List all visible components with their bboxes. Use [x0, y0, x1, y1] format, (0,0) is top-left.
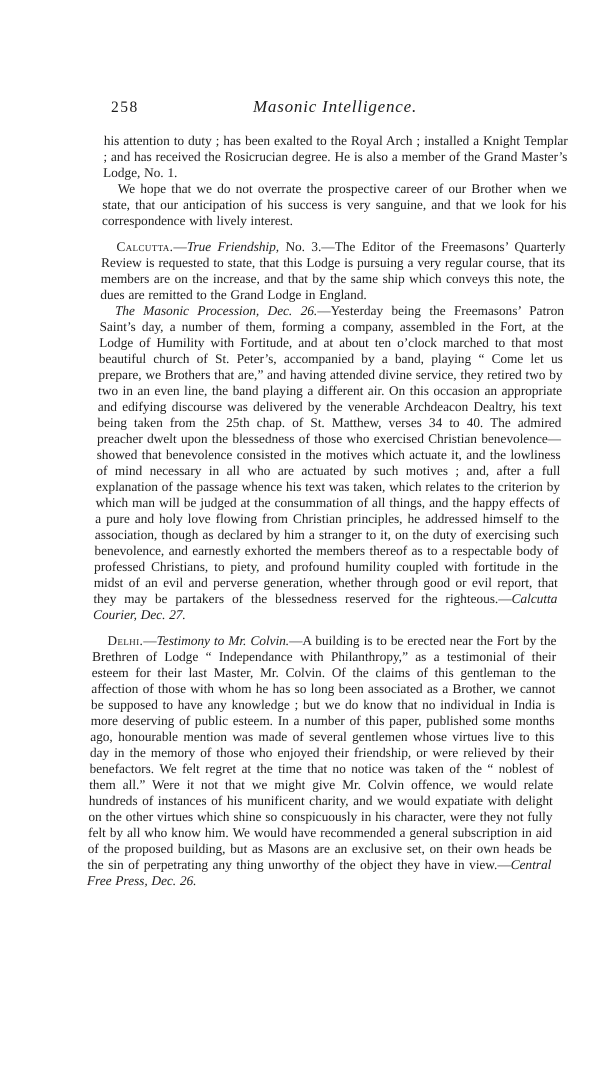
text-segment: Testimony to Mr. Colvin.: [156, 633, 289, 648]
scanned-book-page: 258 Masonic Intelligence. his attention …: [0, 0, 600, 1069]
paragraph: Calcutta.—True Friendship, No. 3.—The Ed…: [100, 239, 565, 303]
paragraph: Delhi.—Testimony to Mr. Colvin.—A buildi…: [87, 633, 557, 889]
paragraph: We hope that we do not overrate the pros…: [102, 181, 567, 229]
text-segment: —A building is to be erected near the Fo…: [87, 633, 556, 872]
text-segment: True Friendship,: [187, 239, 280, 254]
text-segment: We hope that we do not overrate the pros…: [102, 181, 567, 228]
text-segment: —: [143, 633, 157, 648]
text-segment: Delhi.: [107, 633, 143, 648]
text-segment: Calcutta.: [116, 239, 173, 254]
text-segment: —Yesterday being the Freemasons’ Patron …: [93, 303, 564, 606]
article-body: his attention to duty ; has been exalted…: [87, 133, 568, 889]
running-title: Masonic Intelligence.: [253, 97, 417, 117]
page-header: 258 Masonic Intelligence.: [0, 97, 600, 123]
text-segment: —: [173, 239, 187, 254]
text-segment: The Masonic Procession, Dec. 26.: [115, 303, 318, 318]
paragraph: his attention to duty ; has been exalted…: [103, 133, 568, 181]
text-segment: his attention to duty ; has been exalted…: [103, 133, 568, 180]
paragraph: The Masonic Procession, Dec. 26.—Yesterd…: [93, 303, 564, 623]
page-number: 258: [111, 99, 139, 117]
